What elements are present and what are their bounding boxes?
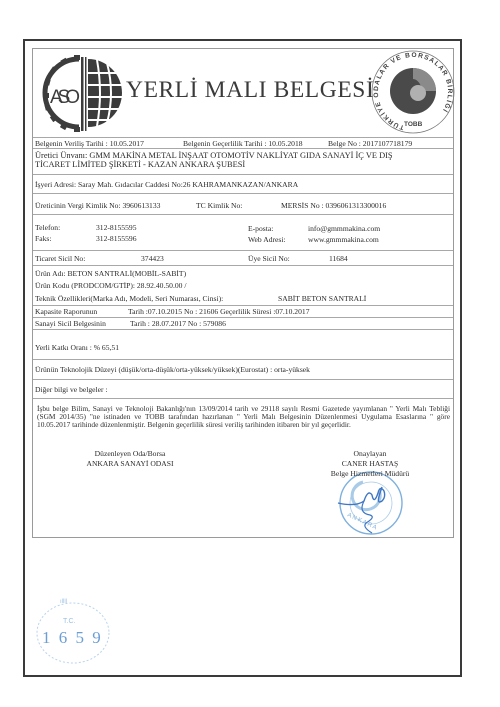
mersis-number: MERSİS No : 0396061313300016 <box>281 201 386 210</box>
local-content-row: Yerli Katkı Oranı : % 65,51 <box>33 329 453 359</box>
svg-text:ıllll: ıllll <box>60 599 67 605</box>
member-registry-number: 11684 <box>329 254 348 263</box>
document-number: Belge No : 2017107718179 <box>328 139 412 148</box>
dates-row: Belgenin Veriliş Tarihi : 10.05.2017 Bel… <box>33 137 453 148</box>
local-content-ratio: Yerli Katkı Oranı : % 65,51 <box>35 343 119 352</box>
approver-label: Onaylayan <box>310 449 430 459</box>
producer-title-row: Üretici Ünvanı: GMM MAKİNA METAL İNŞAAT … <box>33 148 453 170</box>
validity-date: Belgenin Geçerlilik Tarihi : 10.05.2018 <box>183 139 303 148</box>
fax-label: Faks: <box>35 234 51 243</box>
document-title: YERLİ MALI BELGESİ <box>126 77 374 104</box>
technical-specs-label: Teknik Özellikleri(Marka Adı, Modeli, Se… <box>35 294 223 303</box>
industry-registry-details: Tarih : 28.07.2017 No : 579086 <box>130 319 226 328</box>
address-row: İşyeri Adresi: Saray Mah. Gıdacılar Cadd… <box>33 174 453 193</box>
tax-id-row: Üreticinin Vergi Kimlik No: 3960613133 T… <box>33 193 453 213</box>
svg-text:TOBB: TOBB <box>404 121 423 128</box>
registration-stamp-icon: ıllll 1 6 5 9 T.C. <box>28 591 128 671</box>
capacity-report-label: Kapasite Raporunun <box>35 307 97 316</box>
certificate-header: ASO YERLİ MALI BELGESİ TÜ <box>33 49 453 137</box>
issue-date: Belgenin Veriliş Tarihi : 10.05.2017 <box>35 139 144 148</box>
member-registry-label: Üye Sicil No: <box>248 254 290 263</box>
producer-title-line2: TİCARET LİMİTED ŞİRKETİ - KAZAN ANKARA Ş… <box>35 160 245 169</box>
aso-logo-icon: ASO <box>41 53 123 133</box>
tobb-logo-icon: TÜRKİYE ODALAR VE BORSALAR BİRLİĞİ TOBB <box>371 49 455 135</box>
phone-label: Telefon: <box>35 223 60 232</box>
signature-icon <box>336 483 396 540</box>
workplace-address: İşyeri Adresi: Saray Mah. Gıdacılar Cadd… <box>35 180 298 189</box>
technology-level-row: Ürünün Teknolojik Düzeyi (düşük/orta-düş… <box>33 359 453 379</box>
other-info-row: Diğer bilgi ve belgeler : <box>33 379 453 399</box>
capacity-report-row: Kapasite Raporunun Tarih :07.10.2015 No … <box>33 305 453 317</box>
issuer-block: Düzenleyen Oda/Borsa ANKARA SANAYİ ODASI <box>60 449 200 469</box>
legal-statement: İşbu belge Bilim, Sanayi ve Teknoloji Ba… <box>37 405 450 430</box>
producer-title-line1: Üretici Ünvanı: GMM MAKİNA METAL İNŞAAT … <box>35 151 393 160</box>
phone-value: 312-8155595 <box>96 223 137 232</box>
trade-registry-number: 374423 <box>141 254 164 263</box>
product-row: Ürün Adı: BETON SANTRALİ(MOBİL-SABİT) Ür… <box>33 265 453 305</box>
trade-registry-label: Ticaret Sicil No: <box>35 254 85 263</box>
web-label: Web Adresi: <box>248 235 286 244</box>
approver-block: Onaylayan CANER HASTAŞ Belge Hizmetleri … <box>310 449 430 479</box>
contact-row: Telefon: 312-8155595 Faks: 312-8155596 E… <box>33 214 453 250</box>
email-value[interactable]: info@gmmmakina.com <box>308 224 380 233</box>
technology-level: Ürünün Teknolojik Düzeyi (düşük/orta-düş… <box>35 365 310 374</box>
svg-text:ASO: ASO <box>50 87 80 108</box>
web-value[interactable]: www.gmmmakina.com <box>308 235 379 244</box>
issuer-label: Düzenleyen Oda/Borsa <box>60 449 200 459</box>
approver-name: CANER HASTAŞ <box>310 459 430 469</box>
svg-text:1 6 5 9: 1 6 5 9 <box>42 628 103 647</box>
product-code: Ürün Kodu (PRODCOM/GTİP): 28.92.40.50.00… <box>35 281 186 290</box>
other-info-label: Diğer bilgi ve belgeler : <box>35 385 108 394</box>
tax-id: Üreticinin Vergi Kimlik No: 3960613133 <box>35 201 160 210</box>
tc-id: TC Kimlik No: <box>196 201 242 210</box>
technical-specs-value: SABİT BETON SANTRALİ <box>278 294 366 303</box>
capacity-report-details: Tarih :07.10.2015 No : 21606 Geçerlilik … <box>128 307 310 316</box>
approver-title: Belge Hizmetleri Müdürü <box>310 469 430 479</box>
product-name: Ürün Adı: BETON SANTRALİ(MOBİL-SABİT) <box>35 269 186 278</box>
industry-registry-label: Sanayi Sicil Belgesinin <box>35 319 106 328</box>
issuer-name: ANKARA SANAYİ ODASI <box>60 459 200 469</box>
registry-row: Ticaret Sicil No: 374423 Üye Sicil No: 1… <box>33 250 453 265</box>
industry-registry-row: Sanayi Sicil Belgesinin Tarih : 28.07.20… <box>33 317 453 329</box>
svg-text:T.C.: T.C. <box>63 618 76 625</box>
email-label: E-posta: <box>248 224 273 233</box>
fax-value: 312-8155596 <box>96 234 137 243</box>
